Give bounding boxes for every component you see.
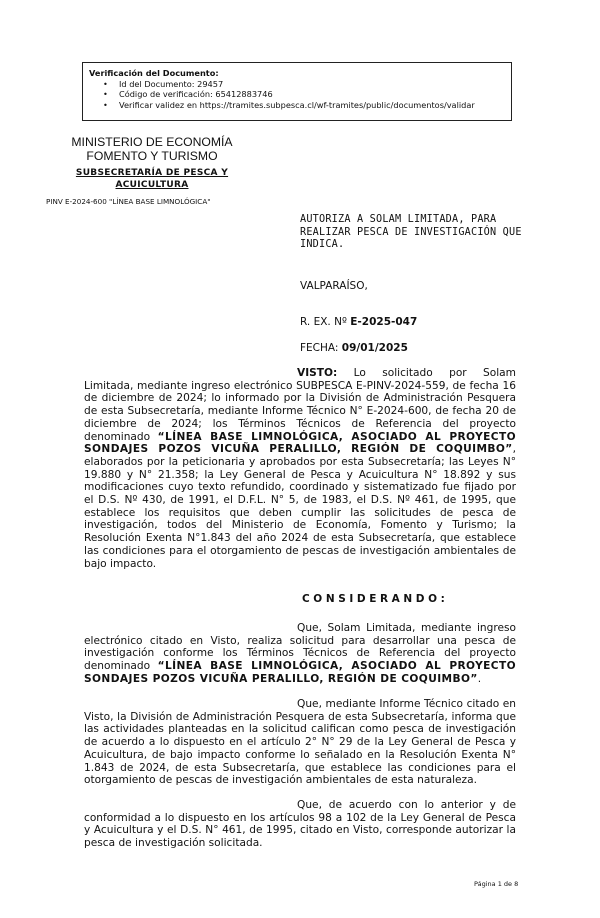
ministry-heading: MINISTERIO DE ECONOMÍA FOMENTO Y TURISMO	[28, 135, 276, 163]
considerando-p1-end: .	[478, 673, 481, 685]
considerando-paragraph-3: Que, de acuerdo con lo anterior y de con…	[84, 799, 516, 850]
visto-paragraph: VISTO: Lo solicitado por Solam Limitada,…	[84, 367, 516, 570]
verification-code: Código de verificación: 65412883746	[119, 89, 511, 100]
subsecretaria-line-2: ACUICULTURA	[28, 179, 276, 191]
resolution-date: FECHA: 09/01/2025	[300, 342, 408, 354]
resolution-number: R. EX. Nº E-2025-047	[300, 316, 417, 328]
resolution-summary: AUTORIZA A SOLAM LIMITADA, PARA REALIZAR…	[300, 214, 540, 252]
verification-list: Id del Documento: 29457 Código de verifi…	[89, 79, 511, 111]
subsecretaria-heading: SUBSECRETARÍA DE PESCA Y ACUICULTURA	[28, 167, 276, 191]
subsecretaria-line-1: SUBSECRETARÍA DE PESCA Y	[28, 167, 276, 179]
page-number: Página 1 de 8	[474, 880, 518, 888]
place: VALPARAÍSO,	[300, 280, 368, 292]
date-label: FECHA:	[300, 342, 342, 354]
ministry-line-2: FOMENTO Y TURISMO	[28, 149, 276, 163]
resolution-label: R. EX. Nº	[300, 316, 350, 328]
verification-title: Verificación del Documento:	[89, 68, 511, 79]
visto-label: VISTO:	[297, 367, 337, 379]
verification-doc-id: Id del Documento: 29457	[119, 79, 511, 90]
project-reference: PINV E-2024-600 "LÍNEA BASE LIMNOLÓGICA"	[46, 197, 211, 206]
resolution-value: E-2025-047	[350, 316, 417, 328]
considerando-paragraph-1: Que, Solam Limitada, mediante ingreso el…	[84, 622, 516, 686]
visto-text-b: , elaborados por la peticionaria y aprob…	[84, 443, 516, 569]
verification-box: Verificación del Documento: Id del Docum…	[82, 62, 512, 121]
verification-url[interactable]: Verificar validez en https://tramites.su…	[119, 100, 511, 111]
considerando-heading: CONSIDERANDO:	[302, 593, 448, 605]
considerando-paragraph-2: Que, mediante Informe Técnico citado en …	[84, 698, 516, 787]
date-value: 09/01/2025	[342, 342, 408, 354]
ministry-line-1: MINISTERIO DE ECONOMÍA	[28, 135, 276, 149]
